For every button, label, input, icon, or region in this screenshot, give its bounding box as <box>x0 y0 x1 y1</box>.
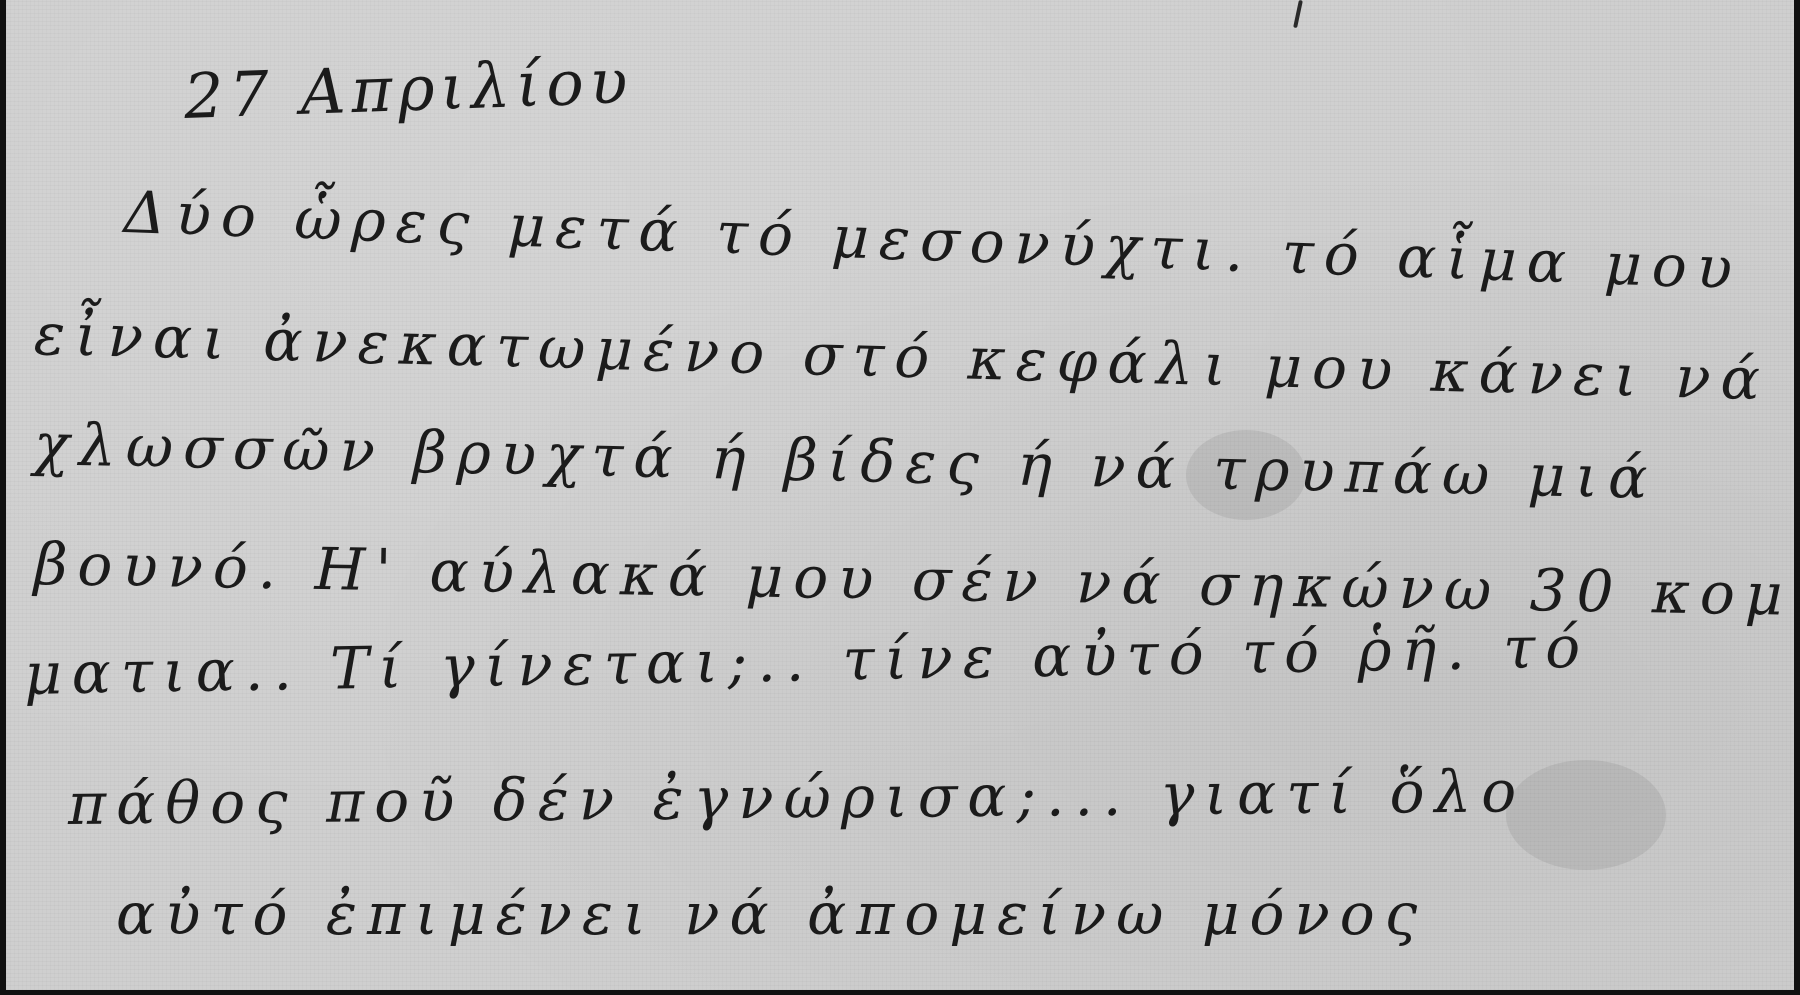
manuscript-page: 27 Απριλίου Δύο ὧρες μετά τό μεσονύχτι. … <box>6 0 1794 990</box>
ink-stroke-top <box>1293 0 1303 28</box>
manuscript-line-6: πάθος ποῦ δέν ἐγνώρισα;... γιατί ὅλο <box>68 757 1527 838</box>
frame-border-right <box>1794 0 1800 995</box>
image-frame: 27 Απριλίου Δύο ὧρες μετά τό μεσονύχτι. … <box>0 0 1800 995</box>
manuscript-line-2: εἶναι ἀνεκατωμένο στό κεφάλι μου κάνει ν… <box>33 300 1771 413</box>
paper-stain <box>1506 760 1666 870</box>
frame-border-left <box>0 0 6 995</box>
date-heading: 27 Απριλίου <box>183 44 635 133</box>
manuscript-line-3: χλωσσῶν βρυχτά ή βίδες ή νά τρυπάω μιά <box>33 410 1658 512</box>
manuscript-line-1: Δύο ὧρες μετά τό μεσονύχτι. τό αἷμα μου <box>123 178 1743 302</box>
manuscript-line-5: ματια.. Τί γίνεται;.. τίνε αὐτό τό ῥῆ. τ… <box>23 613 1590 708</box>
frame-border-bottom <box>0 990 1800 995</box>
manuscript-line-7: αὐτό ἐπιμένει νά ἀπομείνω μόνος <box>116 880 1427 948</box>
